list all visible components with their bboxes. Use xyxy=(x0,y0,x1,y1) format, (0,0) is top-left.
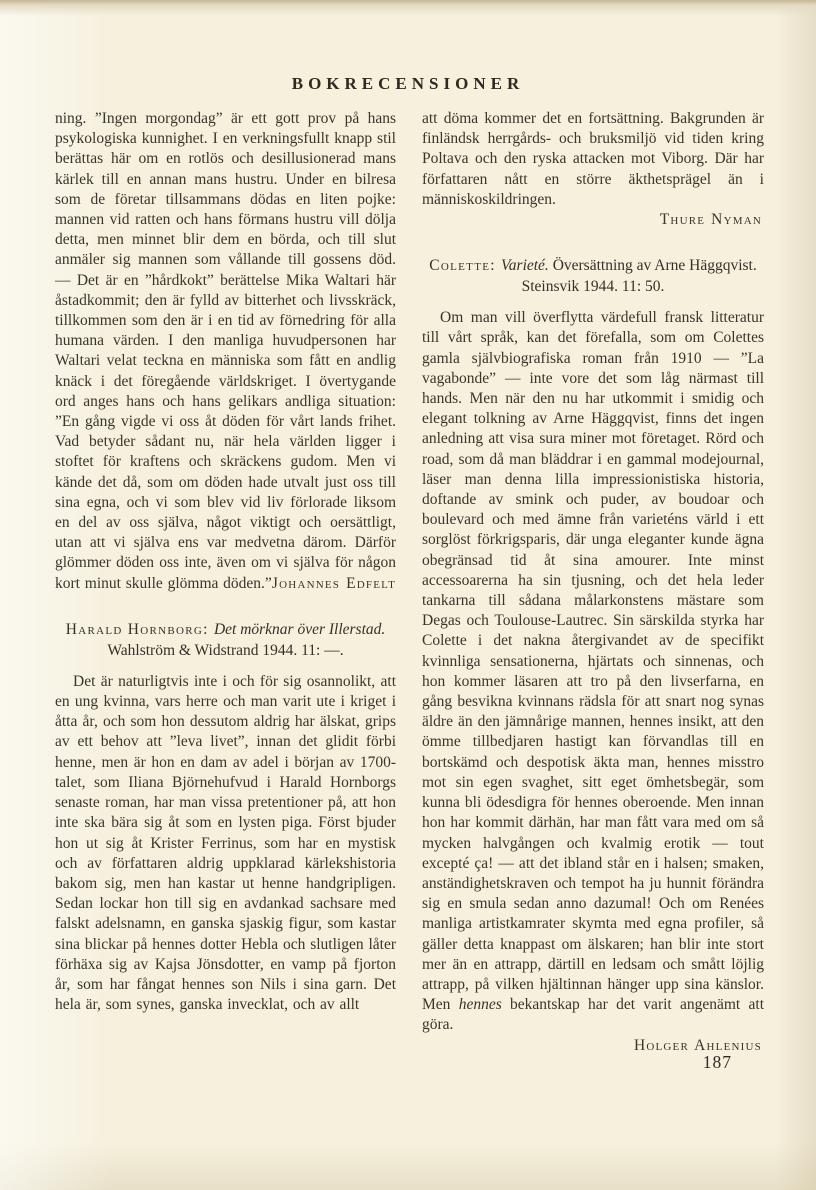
hornborg-review-heading: Harald Hornborg: Det mörknar över Illers… xyxy=(61,619,390,661)
hornborg-review-end-text: att döma kommer det en fortsättning. Bak… xyxy=(422,110,764,208)
colette-review-body: Om man vill överflytta värdefull fransk … xyxy=(422,308,764,1056)
signature-johannes-edfelt: Johannes Edfelt xyxy=(272,574,396,594)
left-column: ning. ”Ingen morgondag” är ett gott prov… xyxy=(55,109,396,1056)
page-number: 187 xyxy=(703,1052,732,1073)
signature-thure-nyman: Thure Nyman xyxy=(422,210,764,230)
hornborg-review-body: Det är naturligtvis inte i och för sig o… xyxy=(55,672,396,1015)
waltari-review-text: ning. ”Ingen morgondag” är ett gott prov… xyxy=(55,110,396,592)
waltari-review-continuation: ning. ”Ingen morgondag” är ett gott prov… xyxy=(55,109,396,594)
colette-review-heading: Colette: Varieté. Översättning av Arne H… xyxy=(428,255,758,297)
text-columns: ning. ”Ingen morgondag” är ett gott prov… xyxy=(0,94,816,1056)
hornborg-review-continuation: att döma kommer det en fortsättning. Bak… xyxy=(422,109,764,230)
colette-review-text: Om man vill överflytta värdefull fransk … xyxy=(422,309,764,1033)
book-page: BOKRECENSIONER ning. ”Ingen morgondag” ä… xyxy=(0,0,816,1190)
page-header-title: BOKRECENSIONER xyxy=(0,0,816,94)
right-column: att döma kommer det en fortsättning. Bak… xyxy=(422,109,764,1056)
